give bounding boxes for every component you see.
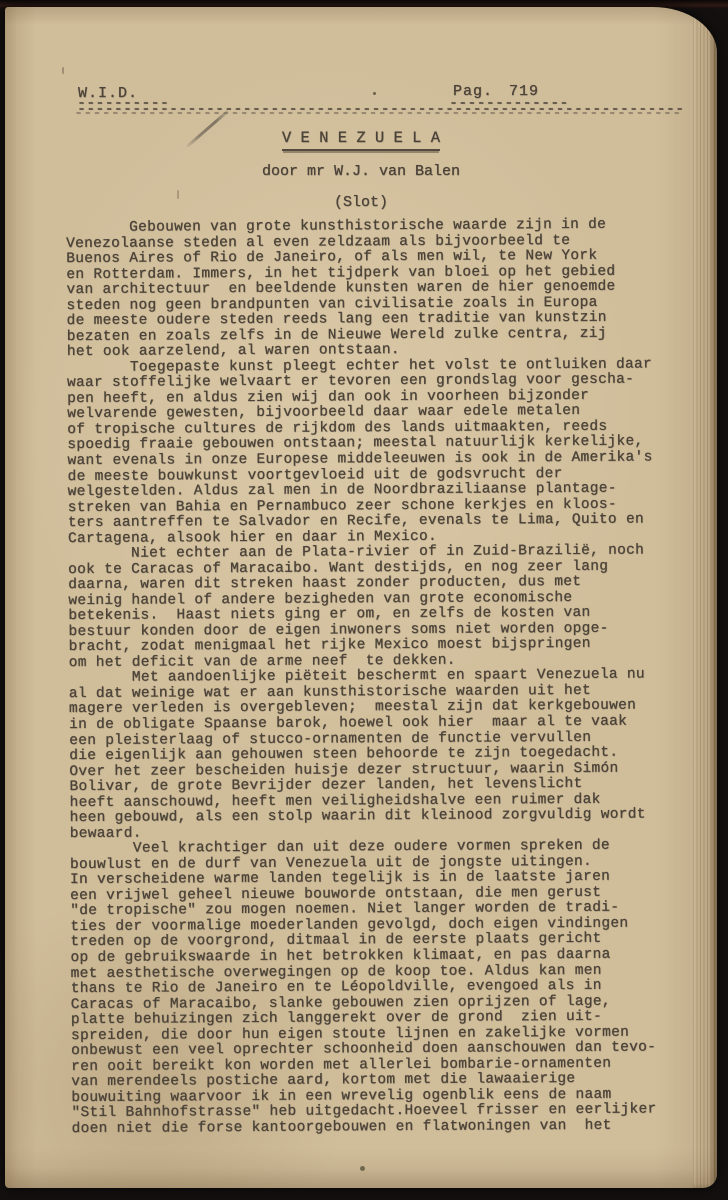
title-block: V E N E Z U E L A	[5, 129, 717, 151]
page-title: V E N E Z U E L A	[282, 129, 440, 151]
paragraph: Niet echter aan de Plata-rivier of in Zu…	[68, 543, 709, 671]
paragraph: Gebouwen van grote kunsthistorische waar…	[66, 217, 707, 361]
ink-dot-footer	[360, 1166, 365, 1171]
byline: door mr W.J. van Balen	[5, 163, 717, 180]
article-body: Gebouwen van grote kunsthistorische waar…	[66, 217, 712, 1137]
paper-speck	[62, 67, 64, 74]
header-rule-echo: ----------------------------------------…	[74, 105, 681, 122]
scanned-page: W.I.D. Pag. 719 ---------- -------------…	[5, 7, 717, 1188]
paragraph: Met aandoenlijke piëteit beschermt en sp…	[69, 668, 710, 843]
scan-background: { "colors":{ "paper":"#d0bd9a", "ink":"#…	[0, 0, 728, 1200]
paragraph: Toegepaste kunst pleegt echter het volst…	[67, 357, 708, 547]
ink-dot-header	[373, 92, 376, 95]
paragraph: Veel krachtiger dan uit deze oudere vorm…	[70, 838, 712, 1137]
paper-speck	[177, 190, 179, 199]
subtitle: (Slot)	[5, 194, 717, 211]
